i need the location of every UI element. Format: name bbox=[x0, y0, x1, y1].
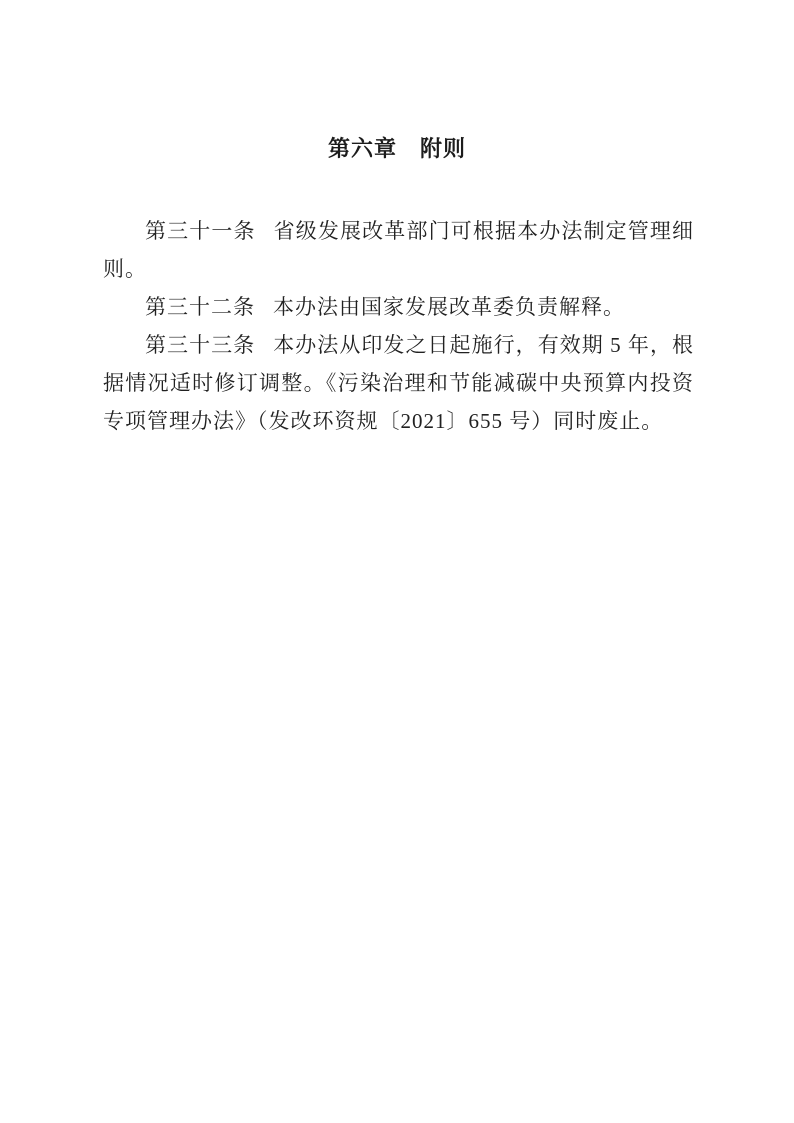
chapter-heading: 第六章 附则 bbox=[0, 0, 794, 161]
article-32-text: 本办法由国家发展改革委负责解释。 bbox=[273, 295, 625, 319]
article-33-paragraph: 第三十三条本办法从印发之日起施行，有效期 5 年，根据情况适时修订调整。《污染治… bbox=[103, 326, 694, 440]
document-page: 第六章 附则 第三十一条省级发展改革部门可根据本办法制定管理细则。 第三十二条本… bbox=[0, 0, 794, 1123]
article-32-paragraph: 第三十二条本办法由国家发展改革委负责解释。 bbox=[103, 288, 694, 326]
article-33-number: 第三十三条 bbox=[145, 333, 255, 357]
article-31-number: 第三十一条 bbox=[145, 219, 256, 243]
article-31-paragraph: 第三十一条省级发展改革部门可根据本办法制定管理细则。 bbox=[103, 212, 694, 288]
document-body: 第三十一条省级发展改革部门可根据本办法制定管理细则。 第三十二条本办法由国家发展… bbox=[103, 212, 694, 440]
article-32-number: 第三十二条 bbox=[145, 295, 255, 319]
